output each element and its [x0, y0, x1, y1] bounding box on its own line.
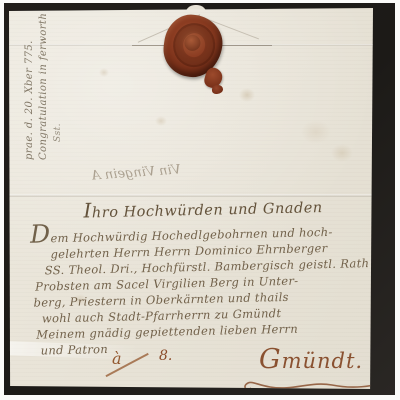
- registry-docket-vertical: prae. d. 20. Xber 775. Congratulation in…: [23, 10, 65, 160]
- ink-show-through-text: Vin Vingein A: [21, 162, 182, 188]
- salutation-line: Ihro Hochwürden und Gnaden: [83, 192, 361, 222]
- photo-of-historic-letter: { "colors": { "mount_background": "#1e1b…: [0, 0, 400, 400]
- registry-subject-note: Congratulation in ferworth: [37, 10, 51, 160]
- postage-rate-symbol: à: [112, 349, 122, 368]
- postage-rate-value: 8.: [159, 348, 172, 364]
- wax-seal-drip-small: [212, 85, 223, 94]
- foxing-stain: [301, 120, 331, 144]
- address-block: Ihro Hochwürden und Gnaden Dem Hochwürdi…: [25, 192, 365, 359]
- registry-date-note: prae. d. 20. Xber 775.: [23, 10, 37, 160]
- foxing-stain: [239, 88, 255, 102]
- foxing-stain: [331, 144, 353, 162]
- registry-small-note: Sst.: [51, 10, 65, 142]
- foxing-stain: [99, 68, 109, 77]
- foxing-stain: [155, 116, 167, 126]
- letter-paper: prae. d. 20. Xber 775. Congratulation in…: [9, 8, 373, 389]
- destination-town: Gmündt.: [259, 344, 363, 375]
